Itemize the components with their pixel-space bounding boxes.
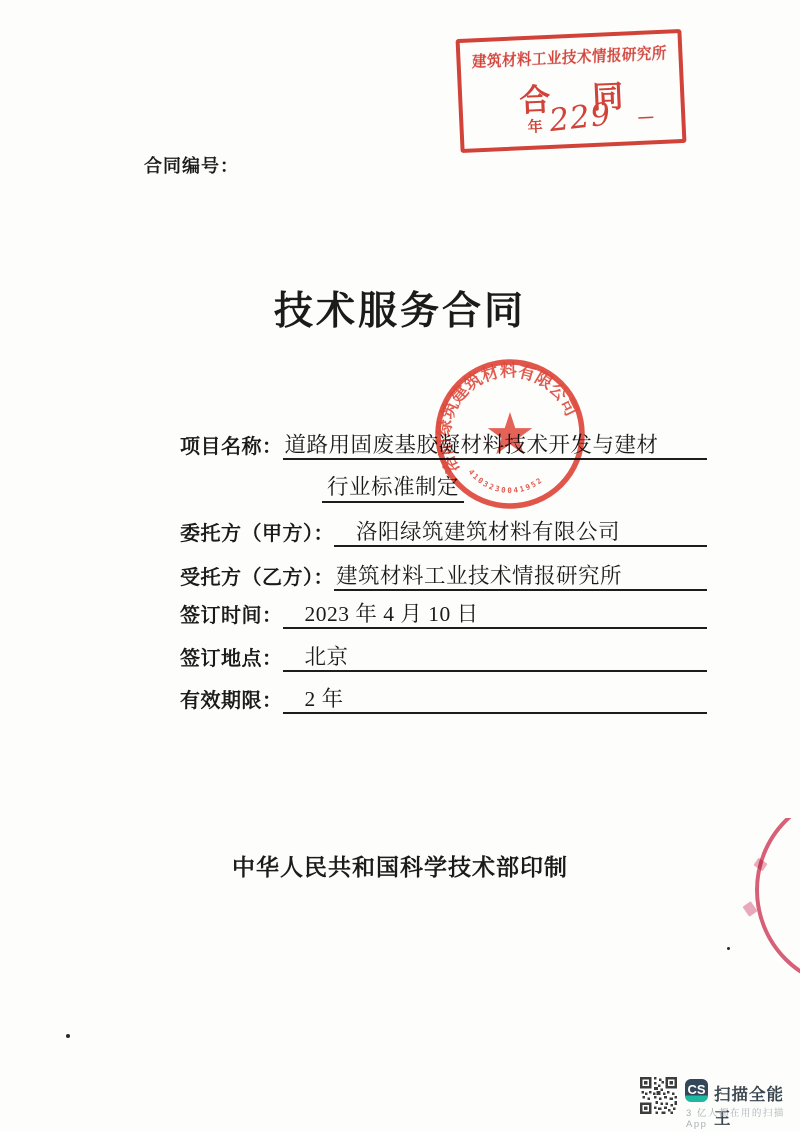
sign-place-value: 北京 [283, 645, 349, 670]
party-b-label: 受托方（乙方）： [180, 561, 334, 591]
seal-serial-number: 4103230041952 [467, 467, 545, 494]
sign-place-label: 签订地点： [180, 642, 283, 672]
stamp-fragment-mark [742, 901, 757, 917]
validity-underline: 2 年 [283, 682, 708, 714]
company-seal: 洛阳绿筑建筑材料有限公司 ★ 4103230041952 [425, 349, 595, 519]
party-b-value: 建筑材料工业技术情报研究所 [334, 564, 622, 589]
registry-stamp-handwritten-number: 229 [547, 96, 613, 139]
form-row-validity: 有效期限： 2 年 [180, 684, 707, 714]
registry-stamp-org-line: 建筑材料工业技术情报研究所 [460, 41, 678, 73]
sign-date-label: 签订时间： [180, 599, 283, 629]
scan-speck [727, 947, 730, 950]
project-name-label: 项目名称： [180, 430, 283, 460]
contract-cover-page: 建筑材料工业技术情报研究所 合同 年 229 — 合同编号： 技术服务合同 项目… [0, 0, 800, 1132]
validity-label: 有效期限： [180, 684, 283, 714]
registry-stamp-year-label: 年 [527, 115, 543, 137]
sign-place-underline: 北京 [283, 640, 708, 672]
form-row-sign-date: 签订时间： 2023 年 4 月 10 日 [180, 599, 707, 629]
scanner-app-tagline: 3 亿人都在用的扫描App [686, 1105, 790, 1130]
registry-stamp: 建筑材料工业技术情报研究所 合同 年 229 — [456, 29, 687, 153]
stamp-fragment-mark [753, 858, 767, 872]
validity-value: 2 年 [283, 687, 344, 712]
party-a-underline: 洛阳绿筑建筑材料有限公司 [334, 515, 707, 547]
form-row-party-a: 委托方（甲方）： 洛阳绿筑建筑材料有限公司 [180, 517, 707, 547]
party-a-value: 洛阳绿筑建筑材料有限公司 [334, 520, 620, 545]
camscanner-logo-icon: CS [685, 1079, 708, 1102]
sign-date-underline: 2023 年 4 月 10 日 [283, 597, 708, 629]
edge-stamp-fragments [722, 818, 800, 978]
registry-stamp-dash: — [638, 108, 654, 126]
scan-speck [66, 1034, 70, 1038]
scanner-watermark: CS 扫描全能王 3 亿人都在用的扫描App [640, 1076, 790, 1120]
contract-number-label: 合同编号： [144, 152, 239, 178]
party-b-underline: 建筑材料工业技术情报研究所 [334, 559, 707, 591]
seal-star-icon: ★ [484, 400, 536, 468]
camscanner-logo-text: CS [687, 1082, 705, 1097]
party-a-label: 委托方（甲方）： [180, 517, 334, 547]
page-title: 技术服务合同 [0, 280, 800, 336]
form-row-party-b: 受托方（乙方）： 建筑材料工业技术情报研究所 [180, 561, 707, 591]
footer-printer-line: 中华人民共和国科学技术部印制 [0, 849, 800, 882]
form-row-sign-place: 签订地点： 北京 [180, 642, 707, 672]
qr-code-icon [640, 1077, 677, 1114]
sign-date-value: 2023 年 4 月 10 日 [283, 602, 479, 627]
